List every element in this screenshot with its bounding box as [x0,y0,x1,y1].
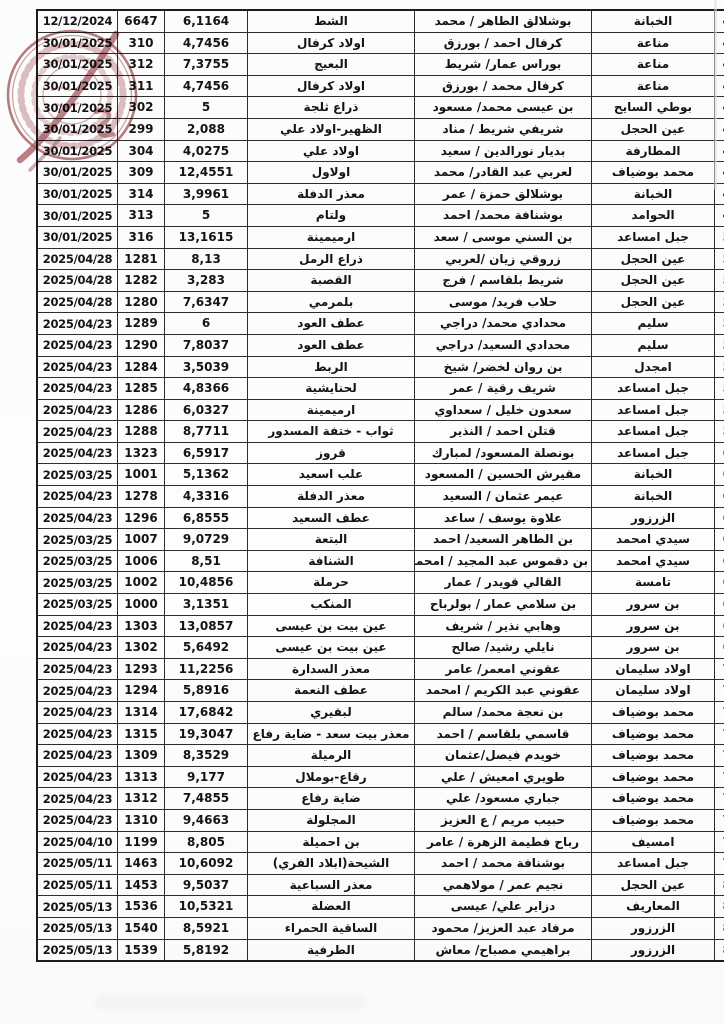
table-row: 64 سيدي امحمد بن الطاهر السعيد/ احمد الب… [37,529,724,551]
municipality-cell: المطارفة [592,140,715,162]
area-value-cell: 9,0729 [165,529,248,551]
table-row: 69 بن سرور نايلي رشيد/ صالح عين بيت بن ع… [37,637,724,659]
file-number-cell: 1313 [118,766,165,788]
file-number-cell: 1285 [118,378,165,400]
area-value-cell: 5 [165,205,248,227]
file-number-cell: 1539 [118,939,165,961]
person-name-cell: بونصلة المسعود/ لمبارك [415,442,592,464]
table-row: 40 الخبانة بوشلالق الطاهر / محمد الشط 6,… [37,10,724,32]
person-name-cell: بن نعجة محمد/ سالم [415,702,592,724]
area-value-cell: 17,6842 [165,702,248,724]
area-value-cell: 6,0327 [165,399,248,421]
municipality-cell: الخبانة [592,464,715,486]
date-cell: 2025/04/23 [37,356,118,378]
location-cell: معذر الدفلة [248,183,415,205]
location-cell: العضلة [248,896,415,918]
table-row: 54 سليم محدادي محمد/ دراجي عطف العود 6 1… [37,313,724,335]
file-number-cell: 314 [118,183,165,205]
date-cell: 2025/05/11 [37,874,118,896]
records-table-body: 40 الخبانة بوشلالق الطاهر / محمد الشط 6,… [37,10,724,961]
file-number-cell: 1006 [118,550,165,572]
municipality-cell: محمد بوضياف [592,702,715,724]
area-value-cell: 9,177 [165,766,248,788]
location-cell: عين بيت بن عيسى [248,637,415,659]
person-name-cell: بن سلامي عمار / بولرباح [415,594,592,616]
date-cell: 2025/05/11 [37,853,118,875]
area-value-cell: 7,8037 [165,334,248,356]
municipality-cell: محمد بوضياف [592,766,715,788]
table-row: 81 المعاريف دزاير علي/ عيسى العضلة 10,53… [37,896,724,918]
area-value-cell: 4,7456 [165,75,248,97]
file-number-cell: 1463 [118,853,165,875]
location-cell: ثواب - ختفة المسدور [248,421,415,443]
file-number-cell: 312 [118,54,165,76]
table-row: 63 الزرزور علاوة يوسف / ساعد عطف السعيد … [37,507,724,529]
municipality-cell: محمد بوضياف [592,809,715,831]
table-row: 68 بن سرور وهابي نذير / شريف عين بيت بن … [37,615,724,637]
date-cell: 2025/04/28 [37,291,118,313]
person-name-cell: بوراس عمار/ شريط [415,54,592,76]
location-cell: قروز [248,442,415,464]
row-number-cell: 70 [715,658,724,680]
file-number-cell: 1310 [118,809,165,831]
file-number-cell: 1000 [118,594,165,616]
municipality-cell: بن سرور [592,594,715,616]
location-cell: القصبة [248,270,415,292]
file-number-cell: 1001 [118,464,165,486]
date-cell: 2025/04/23 [37,334,118,356]
row-number-cell: 57 [715,378,724,400]
file-number-cell: 311 [118,75,165,97]
date-cell: 2025/03/25 [37,594,118,616]
file-number-cell: 1309 [118,745,165,767]
file-number-cell: 6647 [118,10,165,32]
table-row: 67 بن سرور بن سلامي عمار / بولرباح المنك… [37,594,724,616]
person-name-cell: سعدون خليل / سعداوي [415,399,592,421]
file-number-cell: 309 [118,162,165,184]
table-row: 80 عين الحجل نجيم عمر / مولاهمي معذر الس… [37,874,724,896]
file-number-cell: 1453 [118,874,165,896]
area-value-cell: 5,6492 [165,637,248,659]
municipality-cell: بوطي السايح [592,97,715,119]
table-row: 51 عين الحجل زروقي زيان /لعربي ذراع الرم… [37,248,724,270]
location-cell: لبقيري [248,702,415,724]
area-value-cell: 3,1351 [165,594,248,616]
location-cell: بلمرمي [248,291,415,313]
location-cell: ارميمينة [248,399,415,421]
municipality-cell: اولاد سليمان [592,680,715,702]
area-value-cell: 7,4855 [165,788,248,810]
person-name-cell: نجيم عمر / مولاهمي [415,874,592,896]
area-value-cell: 8,3529 [165,745,248,767]
municipality-cell: الخبانة [592,10,715,32]
person-name-cell: حلاب فريد/ موسى [415,291,592,313]
table-row: 53 عين الحجل حلاب فريد/ موسى بلمرمي 7,63… [37,291,724,313]
area-value-cell: 8,5921 [165,917,248,939]
file-number-cell: 1314 [118,702,165,724]
table-row: 44 بوطي السايح بن عيسى محمد/ مسعود ذراع … [37,97,724,119]
date-cell: 2025/04/23 [37,702,118,724]
location-cell: معذر بيت سعد - ضاية رفاع [248,723,415,745]
person-name-cell: علاوة يوسف / ساعد [415,507,592,529]
file-number-cell: 1199 [118,831,165,853]
person-name-cell: شريفي شريط / مناد [415,118,592,140]
date-cell: 30/01/2025 [37,226,118,248]
person-name-cell: وهابي نذير / شريف [415,615,592,637]
date-cell: 30/01/2025 [37,162,118,184]
area-value-cell: 4,8366 [165,378,248,400]
municipality-cell: امسيف [592,831,715,853]
table-row: 47 محمد بوضياف لعربي عبد القادر/ محمد او… [37,162,724,184]
file-number-cell: 1278 [118,486,165,508]
row-number-cell: 56 [715,356,724,378]
location-cell: الظهير-اولاد علي [248,118,415,140]
file-number-cell: 1294 [118,680,165,702]
location-cell: معذر الدفلة [248,486,415,508]
table-row: 42 مناعة بوراس عمار/ شريط البعيج 7,3755 … [37,54,724,76]
municipality-cell: محمد بوضياف [592,162,715,184]
table-row: 61 الخبانة مقيرش الحسين / المسعود علب اس… [37,464,724,486]
date-cell: 30/01/2025 [37,97,118,119]
person-name-cell: القالي قويدر / عمار [415,572,592,594]
table-row: 70 اولاد سليمان عقوني امعمر/ عامر معذر ا… [37,658,724,680]
municipality-cell: الزرزور [592,917,715,939]
file-number-cell: 1288 [118,421,165,443]
person-name-cell: بن روان لخضر/ شيخ [415,356,592,378]
row-number-cell: 73 [715,723,724,745]
scan-smudge-artifact [95,995,365,1009]
table-row: 82 الزرزور مرفاد عبد العزيز/ محمود الساق… [37,917,724,939]
area-value-cell: 9,5037 [165,874,248,896]
document-page: 40 الخبانة بوشلالق الطاهر / محمد الشط 6,… [0,0,724,1024]
person-name-cell: محدادي محمد/ دراجي [415,313,592,335]
municipality-cell: محمد بوضياف [592,745,715,767]
date-cell: 2025/04/23 [37,442,118,464]
file-number-cell: 1290 [118,334,165,356]
municipality-cell: الخبانة [592,183,715,205]
person-name-cell: بوشلالق الطاهر / محمد [415,10,592,32]
date-cell: 2025/04/23 [37,766,118,788]
location-cell: عطف العود [248,334,415,356]
row-number-cell: 80 [715,874,724,896]
date-cell: 2025/03/25 [37,550,118,572]
date-cell: 2025/04/23 [37,421,118,443]
scan-edge-artifact [714,0,717,190]
row-number-cell: 68 [715,615,724,637]
row-number-cell: 77 [715,809,724,831]
file-number-cell: 1002 [118,572,165,594]
file-number-cell: 1302 [118,637,165,659]
table-row: 58 جبل امساعد سعدون خليل / سعداوي ارميمي… [37,399,724,421]
location-cell: الشيحة(ابلاد الفري) [248,853,415,875]
municipality-cell: عين الحجل [592,874,715,896]
date-cell: 2025/04/23 [37,615,118,637]
municipality-cell: الحوامد [592,205,715,227]
date-cell: 2025/04/23 [37,745,118,767]
row-number-cell: 55 [715,334,724,356]
person-name-cell: بن الطاهر السعيد/ احمد [415,529,592,551]
area-value-cell: 8,805 [165,831,248,853]
person-name-cell: كرفال احمد / بورزق [415,32,592,54]
date-cell: 30/01/2025 [37,183,118,205]
table-row: 79 جبل امساعد بوشنافة محمد / احمد الشيحة… [37,853,724,875]
municipality-cell: مناعة [592,75,715,97]
location-cell: علب اسعيد [248,464,415,486]
municipality-cell: الزرزور [592,507,715,529]
person-name-cell: قاسمي بلقاسم / احمد [415,723,592,745]
person-name-cell: مرفاد عبد العزيز/ محمود [415,917,592,939]
table-row: 66 تامسة القالي قويدر / عمار حرملة 10,48… [37,572,724,594]
area-value-cell: 9,4663 [165,809,248,831]
date-cell: 2025/03/25 [37,464,118,486]
person-name-cell: محدادي السعيد/ دراجي [415,334,592,356]
date-cell: 2025/04/28 [37,270,118,292]
row-number-cell: 60 [715,442,724,464]
municipality-cell: عين الحجل [592,291,715,313]
municipality-cell: عين الحجل [592,118,715,140]
file-number-cell: 1536 [118,896,165,918]
file-number-cell: 1007 [118,529,165,551]
municipality-cell: جبل امساعد [592,442,715,464]
row-number-cell: 74 [715,745,724,767]
area-value-cell: 5,8916 [165,680,248,702]
records-table-wrap: 40 الخبانة بوشلالق الطاهر / محمد الشط 6,… [36,9,703,962]
municipality-cell: عين الحجل [592,270,715,292]
location-cell: البتعة [248,529,415,551]
municipality-cell: محمد بوضياف [592,723,715,745]
location-cell: رقاع-بوملال [248,766,415,788]
area-value-cell: 6 [165,313,248,335]
area-value-cell: 3,9961 [165,183,248,205]
row-number-cell: 59 [715,421,724,443]
date-cell: 30/01/2025 [37,140,118,162]
municipality-cell: سيدي امحمد [592,550,715,572]
date-cell: 2025/04/28 [37,248,118,270]
location-cell: الشط [248,10,415,32]
date-cell: 2025/04/23 [37,399,118,421]
municipality-cell: جبل امساعد [592,226,715,248]
row-number-cell: 76 [715,788,724,810]
date-cell: 30/01/2025 [37,118,118,140]
area-value-cell: 10,5321 [165,896,248,918]
file-number-cell: 1293 [118,658,165,680]
municipality-cell: جبل امساعد [592,399,715,421]
location-cell: عين بيت بن عيسى [248,615,415,637]
date-cell: 2025/04/23 [37,788,118,810]
person-name-cell: بن عيسى محمد/ مسعود [415,97,592,119]
table-row: 75 محمد بوضياف طويري امعيش / علي رقاع-بو… [37,766,724,788]
date-cell: 2025/05/13 [37,917,118,939]
location-cell: عطف العود [248,313,415,335]
date-cell: 30/01/2025 [37,32,118,54]
location-cell: ذراع الرمل [248,248,415,270]
date-cell: 30/01/2025 [37,54,118,76]
file-number-cell: 1303 [118,615,165,637]
location-cell: المنكب [248,594,415,616]
person-name-cell: مقيرش الحسين / المسعود [415,464,592,486]
row-number-cell: 79 [715,853,724,875]
row-number-cell: 65 [715,550,724,572]
table-row: 56 امجدل بن روان لخضر/ شيخ الربط 3,5039 … [37,356,724,378]
location-cell: المجلولة [248,809,415,831]
file-number-cell: 1540 [118,917,165,939]
date-cell: 2025/04/23 [37,378,118,400]
area-value-cell: 8,13 [165,248,248,270]
date-cell: 30/01/2025 [37,205,118,227]
person-name-cell: عقوني امعمر/ عامر [415,658,592,680]
person-name-cell: طويري امعيش / علي [415,766,592,788]
person-name-cell: جباري مسعود/ علي [415,788,592,810]
municipality-cell: جبل امساعد [592,378,715,400]
date-cell: 2025/04/23 [37,486,118,508]
location-cell: ارميمينة [248,226,415,248]
area-value-cell: 7,3755 [165,54,248,76]
table-row: 73 محمد بوضياف قاسمي بلقاسم / احمد معذر … [37,723,724,745]
table-row: 48 الخبانة بوشلالق حمزة / عمر معذر الدفل… [37,183,724,205]
table-row: 62 الخبانة عيمر عثمان / السعيد معذر الدف… [37,486,724,508]
municipality-cell: اولاد سليمان [592,658,715,680]
location-cell: اولاد علي [248,140,415,162]
table-row: 43 مناعة كرفال محمد / بورزق اولاد كرفال … [37,75,724,97]
date-cell: 2025/04/23 [37,313,118,335]
file-number-cell: 310 [118,32,165,54]
table-row: 49 الحوامد بوشنافة محمد/ احمد ولتام 5 31… [37,205,724,227]
date-cell: 2025/04/23 [37,680,118,702]
file-number-cell: 316 [118,226,165,248]
area-value-cell: 12,4551 [165,162,248,184]
date-cell: 2025/04/10 [37,831,118,853]
date-cell: 2025/04/23 [37,637,118,659]
table-row: 46 المطارفة بديار نورالدين / سعيد اولاد … [37,140,724,162]
table-row: 74 محمد بوضياف خويدم فيصل/عثمان الرميلة … [37,745,724,767]
location-cell: بن احميلة [248,831,415,853]
person-name-cell: عقوني عبد الكريم / امحمد [415,680,592,702]
area-value-cell: 19,3047 [165,723,248,745]
file-number-cell: 313 [118,205,165,227]
municipality-cell: الخبانة [592,486,715,508]
person-name-cell: بن دقموس عبد المجيد / امحمد [415,550,592,572]
person-name-cell: براهيمي مصباح/ معاش [415,939,592,961]
table-row: 78 امسيف رباح فطيمة الزهرة / عامر بن احم… [37,831,724,853]
person-name-cell: بن السني موسى / سعد [415,226,592,248]
area-value-cell: 6,8555 [165,507,248,529]
municipality-cell: امجدل [592,356,715,378]
location-cell: حرملة [248,572,415,594]
date-cell: 2025/04/23 [37,809,118,831]
area-value-cell: 3,5039 [165,356,248,378]
table-row: 59 جبل امساعد قتلن احمد / النذير ثواب - … [37,421,724,443]
location-cell: ولتام [248,205,415,227]
row-number-cell: 83 [715,939,724,961]
row-number-cell: 51 [715,248,724,270]
person-name-cell: نايلي رشيد/ صالح [415,637,592,659]
file-number-cell: 1281 [118,248,165,270]
area-value-cell: 5,1362 [165,464,248,486]
person-name-cell: كرفال محمد / بورزق [415,75,592,97]
area-value-cell: 8,7711 [165,421,248,443]
records-table: 40 الخبانة بوشلالق الطاهر / محمد الشط 6,… [36,9,724,962]
person-name-cell: رباح فطيمة الزهرة / عامر [415,831,592,853]
location-cell: عطف السعيد [248,507,415,529]
row-number-cell: 67 [715,594,724,616]
person-name-cell: بوشنافة محمد/ احمد [415,205,592,227]
date-cell: 2025/03/25 [37,529,118,551]
row-number-cell: 81 [715,896,724,918]
file-number-cell: 1312 [118,788,165,810]
file-number-cell: 302 [118,97,165,119]
location-cell: الشنافة [248,550,415,572]
file-number-cell: 1296 [118,507,165,529]
row-number-cell: 62 [715,486,724,508]
location-cell: معذر السدارة [248,658,415,680]
file-number-cell: 1280 [118,291,165,313]
date-cell: 2025/04/23 [37,723,118,745]
row-number-cell: 50 [715,226,724,248]
location-cell: معذر السباعية [248,874,415,896]
row-number-cell: 72 [715,702,724,724]
municipality-cell: سيدي امحمد [592,529,715,551]
location-cell: لحنايشية [248,378,415,400]
area-value-cell: 11,2256 [165,658,248,680]
row-number-cell: 49 [715,205,724,227]
file-number-cell: 1284 [118,356,165,378]
table-row: 83 الزرزور براهيمي مصباح/ معاش الطرفية 5… [37,939,724,961]
date-cell: 2025/04/23 [37,507,118,529]
municipality-cell: تامسة [592,572,715,594]
row-number-cell: 61 [715,464,724,486]
person-name-cell: بوشنافة محمد / احمد [415,853,592,875]
row-number-cell: 69 [715,637,724,659]
municipality-cell: بن سرور [592,637,715,659]
table-row: 71 اولاد سليمان عقوني عبد الكريم / امحمد… [37,680,724,702]
row-number-cell: 78 [715,831,724,853]
table-row: 52 عين الحجل شريط بلقاسم / فرج القصبة 3,… [37,270,724,292]
file-number-cell: 1289 [118,313,165,335]
municipality-cell: مناعة [592,54,715,76]
area-value-cell: 4,7456 [165,32,248,54]
table-row: 65 سيدي امحمد بن دقموس عبد المجيد / امحم… [37,550,724,572]
municipality-cell: سليم [592,334,715,356]
row-number-cell: 53 [715,291,724,313]
location-cell: الطرفية [248,939,415,961]
table-row: 60 جبل امساعد بونصلة المسعود/ لمبارك قرو… [37,442,724,464]
area-value-cell: 8,51 [165,550,248,572]
location-cell: الربط [248,356,415,378]
location-cell: الرميلة [248,745,415,767]
area-value-cell: 4,3316 [165,486,248,508]
table-row: 45 عين الحجل شريفي شريط / مناد الظهير-او… [37,118,724,140]
location-cell: ضاية رفاع [248,788,415,810]
location-cell: ذراع ثلجة [248,97,415,119]
area-value-cell: 2,088 [165,118,248,140]
row-number-cell: 63 [715,507,724,529]
date-cell: 2025/03/25 [37,572,118,594]
area-value-cell: 13,1615 [165,226,248,248]
person-name-cell: بديار نورالدين / سعيد [415,140,592,162]
file-number-cell: 1323 [118,442,165,464]
table-row: 77 محمد بوضياف حبيب مريم / ع العزيز المج… [37,809,724,831]
area-value-cell: 6,5917 [165,442,248,464]
row-number-cell: 75 [715,766,724,788]
municipality-cell: مناعة [592,32,715,54]
person-name-cell: خويدم فيصل/عثمان [415,745,592,767]
location-cell: اولاول [248,162,415,184]
area-value-cell: 6,1164 [165,10,248,32]
row-number-cell: 58 [715,399,724,421]
area-value-cell: 5 [165,97,248,119]
row-number-cell: 64 [715,529,724,551]
person-name-cell: بوشلالق حمزة / عمر [415,183,592,205]
